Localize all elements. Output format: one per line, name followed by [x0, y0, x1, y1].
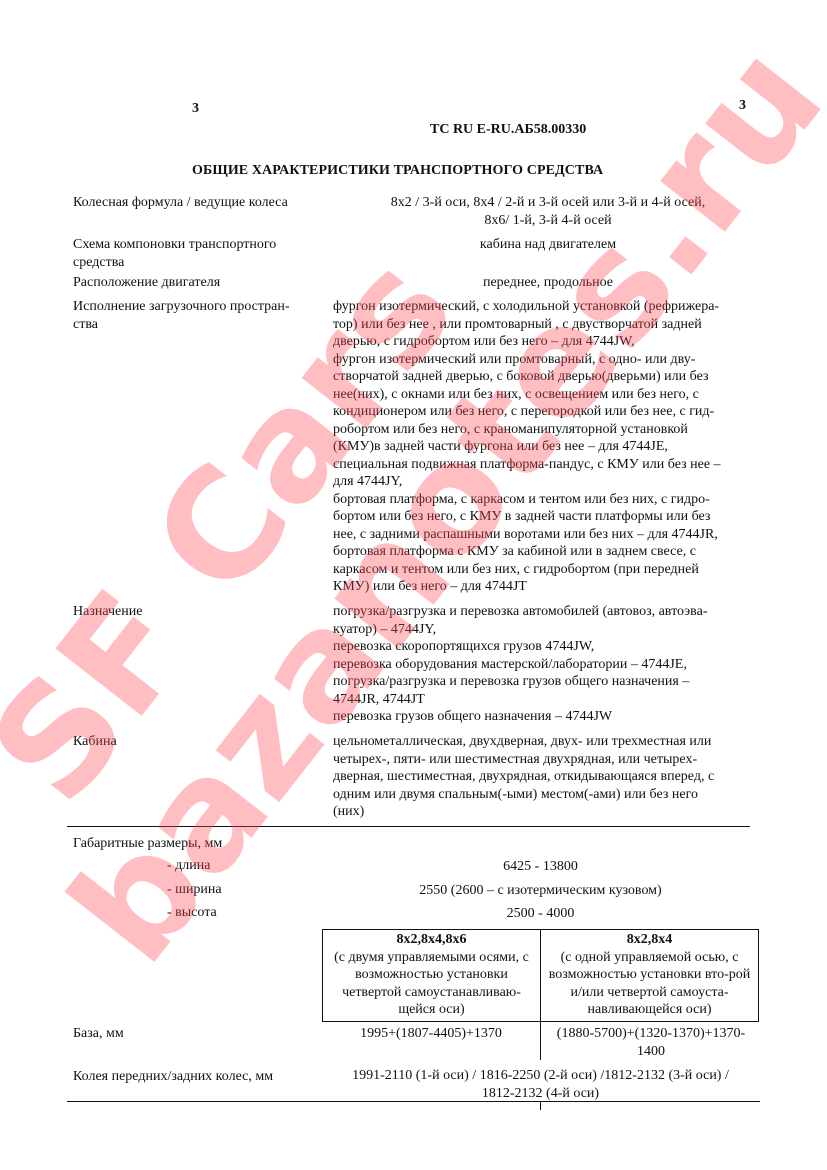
purpose-line: перевозка скоропортящихся грузов 4744JW, [333, 638, 763, 656]
width-label: - ширина [167, 882, 222, 898]
purpose-label: Назначение [73, 603, 318, 621]
cargo-line: нее(них), с окнами или без них, с освеще… [333, 386, 763, 404]
cargo-line: нее, с задними распашными воротами или б… [333, 526, 763, 544]
column-divider-tick [540, 1102, 541, 1110]
purpose-line: куатор) – 4744JY, [333, 621, 763, 639]
cargo-line: специальная подвижная платформа-пандус, … [333, 456, 763, 474]
wheelbase-value-col-1: 1995+(1807-4405)+1370 [322, 1025, 540, 1043]
purpose-line: 4744JR, 4744JT [333, 691, 763, 709]
layout-value: кабина над двигателем [330, 236, 766, 254]
cargo-line: каркасом и тентом или без них, с гидробо… [333, 561, 763, 579]
axle-config-col-2: 8x2,8x4 (с одной управляемой осью, с воз… [541, 930, 759, 1022]
cargo-line: для 4744JY, [333, 473, 763, 491]
axle-config-col-2-title: 8x2,8x4 [544, 931, 755, 949]
page-number-right: 3 [739, 98, 746, 114]
wheel-formula-label: Колесная формула / ведущие колеса [73, 194, 318, 212]
cabin-line: одним или двумя спальным(-ыми) местом(-а… [333, 786, 763, 804]
wheelbase-value-col-2: (1880-5700)+(1320-1370)+1370-1400 [544, 1025, 758, 1060]
cabin-line: (них) [333, 803, 763, 821]
cargo-line: дверью, с гидробортом или без него – для… [333, 333, 763, 351]
wheel-formula-value: 8x2 / 3-й оси, 8x4 / 2-й и 3-й осей или … [330, 194, 766, 229]
axle-config-col-1-title: 8x2,8x4,8x6 [326, 931, 537, 949]
wheelbase-label: База, мм [73, 1025, 318, 1043]
cargo-line: створчатой задней дверью, с боковой двер… [333, 368, 763, 386]
track-value: 1991-2110 (1-й оси) / 1816-2250 (2-й оси… [322, 1067, 759, 1102]
wheel-formula-line-2: 8x6/ 1-й, 3-й 4-й осей [330, 212, 766, 230]
cargo-line: кондиционером или без него, с перегородк… [333, 403, 763, 421]
width-value: 2550 (2600 – с изотермическим кузовом) [322, 882, 759, 900]
height-value: 2500 - 4000 [322, 905, 759, 923]
length-label: - длина [167, 858, 210, 874]
track-line-1: 1991-2110 (1-й оси) / 1816-2250 (2-й оси… [322, 1067, 759, 1085]
cabin-line: цельнометаллическая, двухдверная, двух- … [333, 733, 763, 751]
axle-configuration-table: 8x2,8x4,8x6 (с двумя управляемыми осями,… [322, 929, 759, 1022]
cargo-line: тор) или без нее , или промтоварный , с … [333, 316, 763, 334]
purpose-line: погрузка/разгрузка и перевозка грузов об… [333, 673, 763, 691]
column-divider [540, 1018, 541, 1060]
engine-position-value: переднее, продольное [330, 274, 766, 292]
purpose-line: перевозка оборудования мастерской/лабора… [333, 656, 763, 674]
axle-config-col-1: 8x2,8x4,8x6 (с двумя управляемыми осями,… [323, 930, 541, 1022]
axle-config-col-2-desc: (с одной управляемой осью, с возможность… [544, 949, 755, 1019]
wheel-formula-line-1: 8x2 / 3-й оси, 8x4 / 2-й и 3-й осей или … [330, 194, 766, 212]
axle-config-col-1-desc: (с двумя управляемыми осями, с возможнос… [326, 949, 537, 1019]
engine-position-label: Расположение двигателя [73, 274, 318, 292]
length-value: 6425 - 13800 [322, 858, 759, 876]
cabin-value: цельнометаллическая, двухдверная, двух- … [333, 733, 763, 821]
cargo-line: бортовая платформа, с каркасом и тентом … [333, 491, 763, 509]
layout-label: Схема компоновки транспортного средства [73, 236, 308, 271]
cargo-line: КМУ) или без него – для 4744JT [333, 578, 763, 596]
dimensions-label: Габаритные размеры, мм [73, 835, 318, 853]
cargo-space-label: Исполнение загрузочного простран-ства [73, 298, 313, 333]
page-title: ОБЩИЕ ХАРАКТЕРИСТИКИ ТРАНСПОРТНОГО СРЕДС… [192, 163, 603, 179]
cabin-line: четырех-, пяти- или шестиместная двухряд… [333, 751, 763, 769]
table-bottom-border [67, 1101, 760, 1102]
cargo-space-value: фургон изотермический, с холодильной уст… [333, 298, 763, 596]
purpose-line: перевозка грузов общего назначения – 474… [333, 708, 763, 726]
cargo-line: фургон изотермический или промтоварный, … [333, 351, 763, 369]
section-divider [67, 826, 750, 827]
cargo-line: (КМУ)в задней части фургона или без нее … [333, 438, 763, 456]
page-number-left: 3 [192, 101, 199, 117]
cargo-line: бортом или без него, с КМУ в задней част… [333, 508, 763, 526]
height-label: - высота [167, 905, 217, 921]
cargo-line: бортовая платформа с КМУ за кабиной или … [333, 543, 763, 561]
track-label: Колея передних/задних колес, мм [73, 1068, 318, 1086]
cabin-line: дверная, шестиместная, двухрядная, откид… [333, 768, 763, 786]
cargo-line: робортом или без него, с краноманипулято… [333, 421, 763, 439]
purpose-value: погрузка/разгрузка и перевозка автомобил… [333, 603, 763, 726]
cabin-label: Кабина [73, 733, 318, 751]
purpose-line: погрузка/разгрузка и перевозка автомобил… [333, 603, 763, 621]
certificate-number: TC RU E-RU.АБ58.00330 [430, 122, 586, 138]
track-line-2: 1812-2132 (4-й оси) [322, 1085, 759, 1103]
cargo-line: фургон изотермический, с холодильной уст… [333, 298, 763, 316]
